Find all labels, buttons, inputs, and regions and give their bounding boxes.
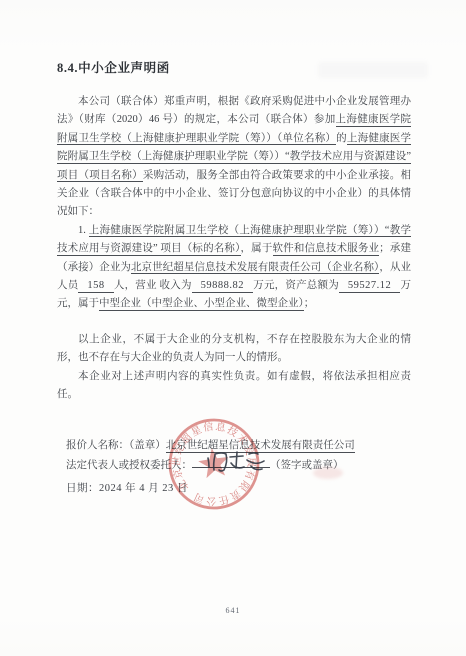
scanned-document-page: 8.4.中小企业声明函 本公司（联合体）郑重声明，根据《政府采购促进中小企业发展… [0,0,466,656]
text-segment: 人，营业 收入为 [114,280,192,291]
underlined-company-name: 北京世纪超星信息技术发展有限责任公司（企业名称） [131,262,379,275]
underlined-revenue: 59888.82 [192,280,253,293]
section-title: 8.4.中小企业声明函 [57,58,170,76]
underlined-unit-name-label: （单位名称） [277,133,336,146]
underlined-industry: 软件和信息技术服务业 [273,243,380,256]
faint-watermark [318,62,428,78]
signature-handwriting [204,448,274,478]
underlined-employee-count: 158 [78,280,113,293]
page-number: 641 [0,606,466,615]
paragraph-responsibility: 本企业对上述声明内容的真实性负责。如有虚假，将依法承担相应责任。 [57,368,411,405]
text-segment: ； [304,298,315,309]
text-segment: ，属于 [241,243,273,254]
paragraph-no-large-enterprise: 以上企业，不属于大企业的分支机构，不存在控股股东为大企业的情形，也不存在与大企业… [57,331,411,368]
stamp-ink-smudge [313,467,343,479]
paragraph-item-1: 1. 上海健康医学院附属卫生学校（上海健康护理职业学院（筹））“教学技术应用与资… [57,222,411,314]
paragraph-intro: 本公司（联合体）郑重声明，根据《政府采购促进中小企业发展管理办法》（财库（202… [57,93,411,222]
underlined-total-assets: 59527.12 [339,280,400,293]
text-segment: 万元，资产总额为 [253,280,339,291]
declaration-body: 本公司（联合体）郑重声明，根据《政府采购促进中小企业发展管理办法》（财库（202… [57,93,411,405]
text-segment: 的 [336,133,347,144]
underlined-enterprise-type: 中型企业（中型企业、小型企业、微型企业） [99,298,304,311]
bidder-name-label: 报价人名称：（盖章） [66,440,166,451]
item-number: 1. [78,225,89,236]
